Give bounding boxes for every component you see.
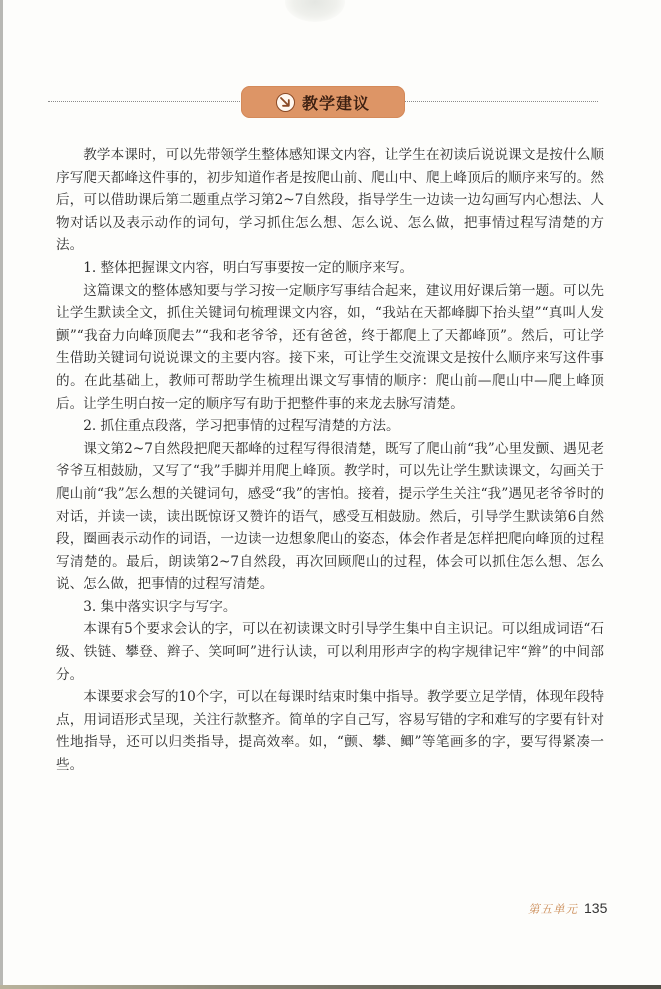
point-heading-2: 2. 抓住重点段落，学习把事情的过程写清楚的方法。: [56, 415, 604, 438]
paragraph: 本课要求会写的10个字，可以在每课时结束时集中指导。教学要立足学情，体现年段特点…: [56, 686, 604, 776]
intro-paragraph: 教学本课时，可以先带领学生整体感知课文内容，让学生在初读后说说课文是按什么顺序写…: [56, 144, 604, 257]
paragraph: 课文第2~7自然段把爬天都峰的过程写得很清楚，既写了爬山前“我”心里发颤、遇见老…: [56, 438, 604, 596]
paragraph: 这篇课文的整体感知要与学习按一定顺序写事结合起来，建议用好课后第一题。可以先让学…: [56, 280, 604, 416]
arrow-down-right-circle-icon: [276, 93, 295, 112]
scan-smudge: [285, 0, 345, 22]
point-heading-3: 3. 集中落实识字与写字。: [56, 596, 604, 619]
unit-label: 第五单元: [528, 901, 578, 917]
page-number: 135: [584, 900, 607, 916]
dotted-divider-right: [405, 101, 598, 102]
section-title-badge: 教学建议: [241, 86, 405, 118]
paragraph: 本课有5个要求会认的字，可以在初读课文时引导学生集中自主识记。可以组成词语“石级…: [56, 618, 604, 686]
page-bottom-edge: [0, 985, 661, 989]
page-left-edge: [0, 0, 3, 985]
section-header: 教学建议: [48, 86, 598, 118]
section-title: 教学建议: [302, 91, 370, 114]
point-heading-1: 1. 整体把握课文内容，明白写事要按一定的顺序来写。: [56, 257, 604, 280]
page-footer: 第五单元 135: [528, 900, 607, 917]
dotted-divider-left: [48, 101, 240, 102]
body-text: 教学本课时，可以先带领学生整体感知课文内容，让学生在初读后说说课文是按什么顺序写…: [56, 144, 604, 777]
